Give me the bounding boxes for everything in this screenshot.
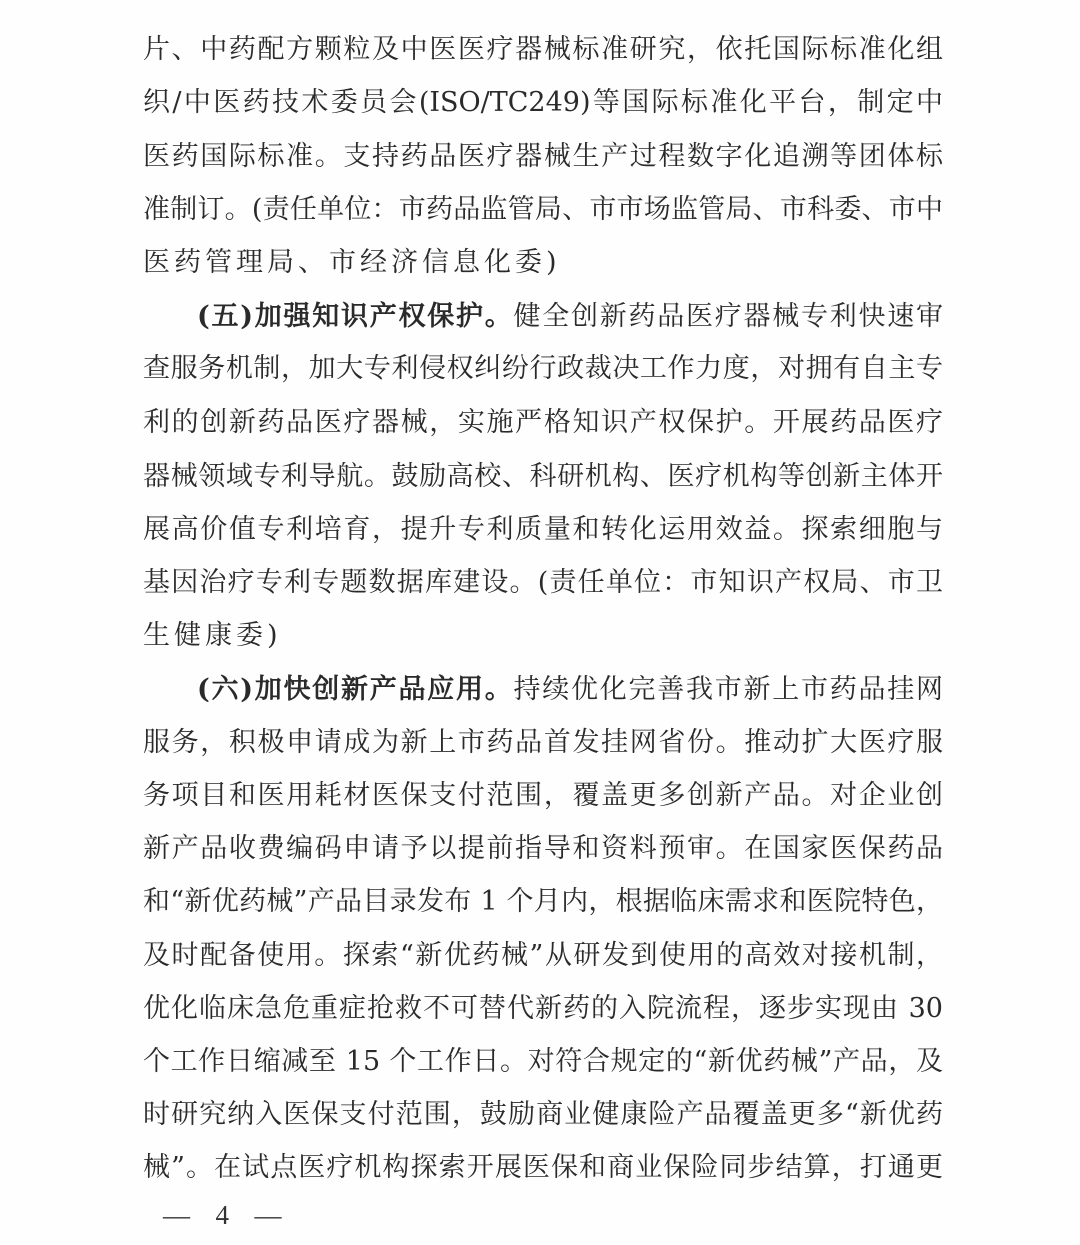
- paragraph-line: 优化临床急危重症抢救不可替代新药的入院流程，逐步实现由 30: [143, 989, 943, 1029]
- paragraph-line: 查服务机制，加大专利侵权纠纷行政裁决工作力度，对拥有自主专: [143, 349, 943, 389]
- paragraph-line: 片、中药配方颗粒及中医医疗器械标准研究，依托国际标准化组: [143, 30, 943, 70]
- paragraph-line: 时研究纳入医保支付范围，鼓励商业健康险产品覆盖更多“新优药: [143, 1095, 943, 1135]
- paragraph-line: 械”。在试点医疗机构探索开展医保和商业保险同步结算，打通更: [143, 1148, 943, 1188]
- paragraph-line: 基因治疗专利专题数据库建设。(责任单位：市知识产权局、市卫: [143, 563, 943, 603]
- paragraph-line: 器械领域专利导航。鼓励高校、科研机构、医疗机构等创新主体开: [143, 457, 943, 497]
- paragraph-line: 和“新优药械”产品目录发布 1 个月内，根据临床需求和医院特色，: [143, 882, 943, 922]
- section-5-heading: (五)加强知识产权保护。: [197, 301, 514, 332]
- paragraph-line: 准制订。(责任单位：市药品监管局、市市场监管局、市科委、市中: [143, 190, 943, 230]
- paragraph-line: 服务，积极申请成为新上市药品首发挂网省份。推动扩大医疗服: [143, 723, 943, 763]
- paragraph-line: 医药管理局、市经济信息化委): [143, 243, 943, 283]
- paragraph-line: 利的创新药品医疗器械，实施严格知识产权保护。开展药品医疗: [143, 403, 943, 443]
- paragraph-line: 织/中医药技术委员会(ISO/TC249)等国际标准化平台，制定中: [143, 83, 943, 123]
- section-6-first-line: (六)加快创新产品应用。持续优化完善我市新上市药品挂网: [197, 670, 943, 710]
- paragraph-line: 务项目和医用耗材医保支付范围，覆盖更多创新产品。对企业创: [143, 776, 943, 816]
- document-page: 片、中药配方颗粒及中医医疗器械标准研究，依托国际标准化组 织/中医药技术委员会(…: [0, 0, 1080, 1245]
- paragraph-line: 个工作日缩减至 15 个工作日。对符合规定的“新优药械”产品，及: [143, 1042, 943, 1082]
- paragraph-line: 及时配备使用。探索“新优药械”从研发到使用的高效对接机制，: [143, 936, 943, 976]
- section-5-text: 健全创新药品医疗器械专利快速审: [514, 301, 943, 332]
- section-5-first-line: (五)加强知识产权保护。健全创新药品医疗器械专利快速审: [197, 297, 943, 337]
- paragraph-line: 新产品收费编码申请予以提前指导和资料预审。在国家医保药品: [143, 829, 943, 869]
- paragraph-line: 医药国际标准。支持药品医疗器械生产过程数字化追溯等团体标: [143, 137, 943, 177]
- section-6-heading: (六)加快创新产品应用。: [197, 674, 514, 705]
- paragraph-line: 生健康委): [143, 616, 943, 656]
- page-number: — 4 —: [163, 1200, 286, 1231]
- section-6-text: 持续优化完善我市新上市药品挂网: [514, 674, 943, 705]
- paragraph-line: 展高价值专利培育，提升专利质量和转化运用效益。探索细胞与: [143, 510, 943, 550]
